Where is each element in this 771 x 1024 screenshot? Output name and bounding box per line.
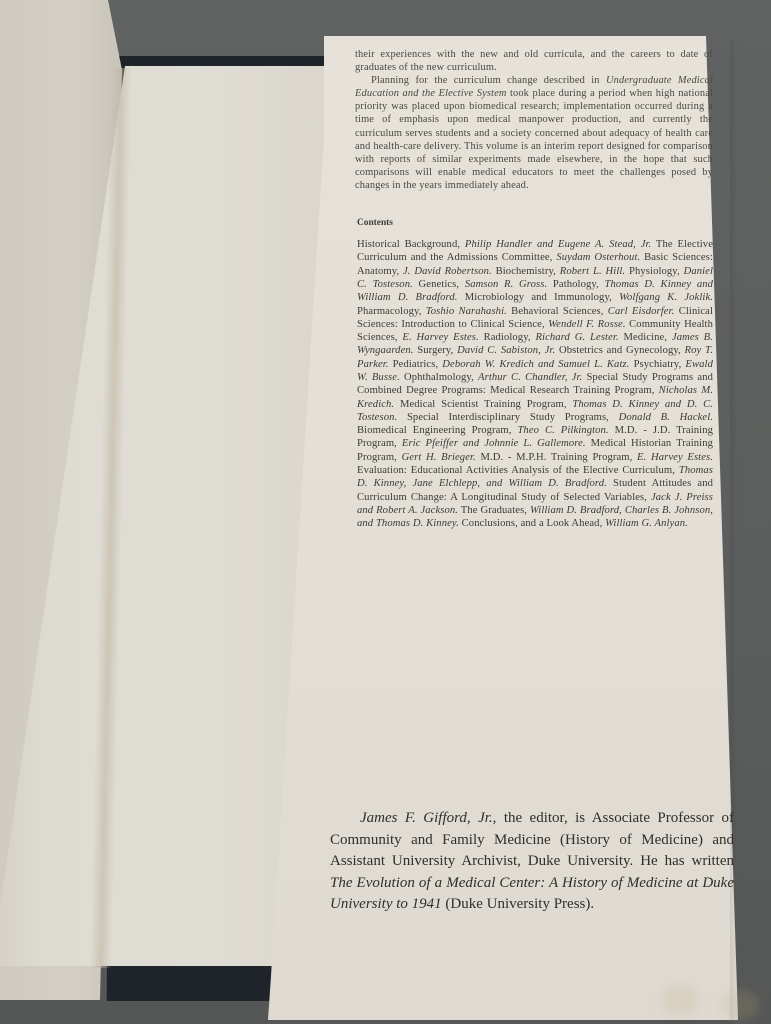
contents-heading: Contents (357, 218, 713, 228)
blurb-paragraph-1: their experiences with the new and old c… (355, 48, 713, 74)
contents-topic: M.D. - M.P.H. Training Program, (480, 452, 637, 463)
contents-authors: Wolfgang K. Joklik. (619, 292, 713, 303)
blurb: their experiences with the new and old c… (355, 48, 713, 192)
contents-authors: Arthur C. Chandler, Jr. (478, 372, 582, 383)
contents-topic: Genetics, (419, 279, 465, 290)
contents-topic: Pharmacology, (357, 306, 426, 317)
contents-authors: Wendell F. Rosse. (548, 319, 625, 330)
contents-authors: Suydam Osterhout. (556, 252, 640, 263)
contents-topic: Conclusions, and a Look Ahead, (462, 518, 605, 529)
contents-topic: Special Interdisciplinary Study Programs… (407, 412, 619, 423)
flap-text: their experiences with the new and old c… (355, 48, 713, 531)
contents-authors: Donald B. Hackel. (619, 412, 713, 423)
contents-topic: Medical Scientist Training Program, (400, 399, 572, 410)
contents-topic: Behavioral Sciences, (511, 306, 608, 317)
contents-topic: Obstetrics and Gynecology, (559, 345, 685, 356)
contents-topic: Ophthalmology, (404, 372, 478, 383)
contents-authors: Carl Eisdorfer. (608, 306, 675, 317)
contents-topic: Microbiology and Immunology, (465, 292, 619, 303)
contents-authors: Gert H. Brieger. (402, 452, 476, 463)
contents-topic: Medicine, (624, 332, 672, 343)
contents-topic: Psychiatry, (634, 359, 686, 370)
contents-authors: J. David Robertson. (403, 266, 492, 277)
contents-topic: Biochemistry, (496, 266, 560, 277)
contents-topic: Radiology, (484, 332, 536, 343)
editor-name: James F. Gifford, Jr. (360, 810, 493, 826)
contents-list: Historical Background, Philip Handler an… (357, 238, 713, 531)
contents-authors: William G. Anlyan. (605, 518, 688, 529)
contents-authors: E. Harvey Estes. (637, 452, 713, 463)
contents-topic: Historical Background, (357, 239, 465, 250)
contents-topic: Physiology, (629, 266, 684, 277)
contents-authors: Eric Pfeiffer and Johnnie L. Gallemore. (402, 438, 586, 449)
contents-topic: Pathology, (553, 279, 605, 290)
contents-authors: Theo C. Pilkington. (517, 425, 608, 436)
contents-authors: Toshio Narahashi. (426, 306, 507, 317)
editor-note: James F. Gifford, Jr., the editor, is As… (330, 808, 734, 916)
blurb-paragraph-2: Planning for the curriculum change descr… (355, 74, 713, 192)
paper-stain (720, 990, 760, 1020)
contents-authors: Deborah W. Kredich and Samuel L. Katz. (442, 359, 629, 370)
contents-topic: Evaluation: Educational Activities Analy… (357, 465, 679, 476)
contents-authors: Robert L. Hill. (560, 266, 625, 277)
contents-authors: Richard G. Lester. (535, 332, 618, 343)
contents-authors: Samson R. Gross. (465, 279, 547, 290)
contents-topic: Pediatrics, (393, 359, 443, 370)
paper-stain (660, 985, 700, 1015)
contents-topic: Surgery, (417, 345, 457, 356)
contents-topic: Biomedical Engineering Program, (357, 425, 517, 436)
contents-authors: E. Harvey Estes. (402, 332, 478, 343)
contents-authors: Philip Handler and Eugene A. Stead, Jr. (465, 239, 651, 250)
contents-authors: David C. Sabiston, Jr. (457, 345, 555, 356)
contents-topic: The Graduates, (461, 505, 530, 516)
